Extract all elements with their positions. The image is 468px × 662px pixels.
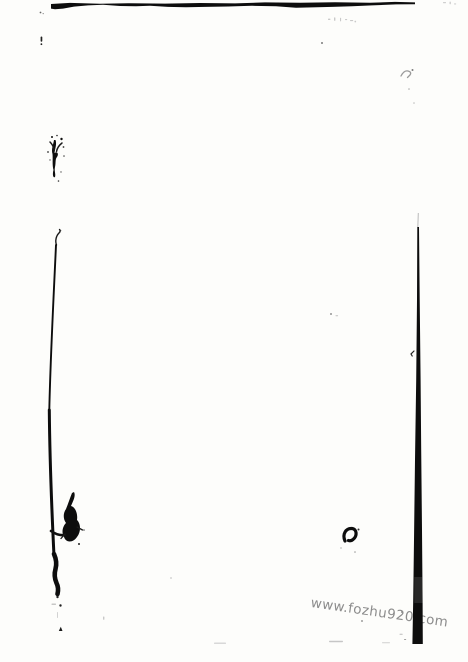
faint-speck-center xyxy=(330,313,338,316)
faint-squiggle-upper-right xyxy=(401,69,415,104)
left-binding-crease-line xyxy=(49,230,61,599)
speck-under-top-line-2 xyxy=(43,13,44,14)
top-edge-scan-line xyxy=(51,2,415,9)
right-edge-bar-fade xyxy=(414,577,422,603)
specks-bottom-left xyxy=(52,577,173,631)
ink-curl-mark-bottom-right xyxy=(340,528,359,552)
ink-blot-lower-left xyxy=(51,492,85,545)
scan-artifacts-layer xyxy=(0,0,468,662)
speck-under-top-line xyxy=(40,12,42,14)
right-binding-crease-bar xyxy=(411,213,423,644)
speck-on-right-line xyxy=(411,351,414,356)
exclamation-speck xyxy=(41,37,43,46)
faint-dashes-bottom-edge xyxy=(214,611,406,644)
speck-upper-middle xyxy=(321,42,323,44)
scanned-book-page: www.fozhu920.com xyxy=(0,0,468,662)
faint-smudge-row-upper-middle xyxy=(328,17,356,22)
ink-splatter-upper-left xyxy=(47,135,65,182)
faint-smudge-top-right-corner xyxy=(443,2,456,5)
